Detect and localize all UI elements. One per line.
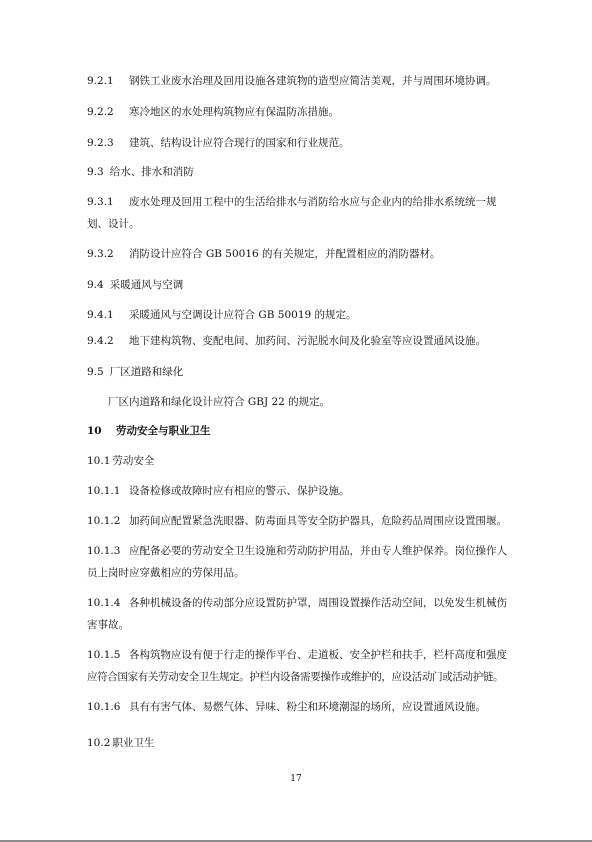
section-9-4-heading: 9.4采暖通风与空调 (87, 278, 183, 292)
section-9-5-heading: 9.5厂区道路和绿化 (87, 365, 183, 379)
section-number: 9.4 (87, 278, 104, 292)
clause-number: 10.1.3 (87, 544, 129, 558)
clause-10-1-4-continuation: 害事故。 (87, 618, 129, 632)
clause-text: 钢铁工业废水治理及回用设施各建筑物的造型应简洁美观，并与周围环境协调。 (129, 75, 497, 87)
clause-9-3-1: 9.3.1废水处理及回用工程中的生活给排水与消防给水应与企业内的给排水系统统一规 (87, 195, 497, 209)
clause-text: 采暖通风与空调设计应符合 GB 50019 的规定。 (129, 309, 357, 321)
section-number: 9.3 (87, 165, 104, 179)
clause-9-3-2: 9.3.2消防设计应符合 GB 50016 的有关规定，并配置相应的消防器材。 (87, 247, 441, 261)
section-title: 采暖通风与空调 (110, 279, 184, 291)
clause-10-1-1: 10.1.1设备检修或故障时应有相应的警示、保护设施。 (87, 484, 350, 498)
clause-number: 10.1.2 (87, 514, 129, 528)
section-title: 给水、排水和消防 (110, 166, 194, 178)
clause-number: 10.1.4 (87, 596, 129, 610)
clause-number: 10.1.1 (87, 484, 129, 498)
section-title: 职业卫生 (112, 737, 154, 749)
clause-number: 9.2.2 (87, 105, 129, 119)
clause-text: 各构筑物应设有便于行走的操作平台、走道板、安全护栏和扶手，栏杆高度和强度 (129, 649, 507, 661)
clause-10-1-5: 10.1.5各构筑物应设有便于行走的操作平台、走道板、安全护栏和扶手，栏杆高度和… (87, 648, 507, 662)
clause-10-1-4: 10.1.4各种机械设备的传动部分应设置防护罩，周围设置操作活动空间，以免发生机… (87, 596, 507, 610)
document-page: 9.2.1钢铁工业废水治理及回用设施各建筑物的造型应简洁美观，并与周围环境协调。… (0, 0, 592, 840)
clause-text: 寒冷地区的水处理构筑物应有保温防冻措施。 (129, 106, 339, 118)
clause-number: 9.3.2 (87, 247, 129, 261)
clause-text: 消防设计应符合 GB 50016 的有关规定，并配置相应的消防器材。 (129, 248, 441, 260)
section-number: 10.1 (87, 454, 110, 468)
clause-number: 10.1.6 (87, 700, 129, 714)
clause-number: 9.2.3 (87, 136, 129, 150)
clause-text: 各种机械设备的传动部分应设置防护罩，周围设置操作活动空间，以免发生机械伤 (129, 597, 507, 609)
clause-text: 建筑、结构设计应符合现行的国家和行业规范。 (129, 137, 350, 149)
section-number: 9.5 (87, 365, 104, 379)
clause-9-4-2: 9.4.2地下建构筑物、变配电间、加药间、污泥脱水间及化验室等应设置通风设施。 (87, 334, 486, 348)
clause-text: 废水处理及回用工程中的生活给排水与消防给水应与企业内的给排水系统统一规 (129, 196, 497, 208)
clause-number: 10.1.5 (87, 648, 129, 662)
clause-9-4-1: 9.4.1采暖通风与空调设计应符合 GB 50019 的规定。 (87, 308, 357, 322)
section-number: 10.2 (87, 736, 110, 750)
clause-text: 设备检修或故障时应有相应的警示、保护设施。 (129, 485, 350, 497)
clause-9-3-1-continuation: 划、设计。 (87, 217, 140, 231)
clause-number: 9.3.1 (87, 195, 129, 209)
clause-text: 地下建构筑物、变配电间、加药间、污泥脱水间及化验室等应设置通风设施。 (129, 335, 486, 347)
clause-9-2-3: 9.2.3建筑、结构设计应符合现行的国家和行业规范。 (87, 136, 350, 150)
clause-10-1-2: 10.1.2加药间应配置紧急洗眼器、防毒面具等安全防护器具，危险药品周围应设置围… (87, 514, 507, 528)
clause-9-2-1: 9.2.1钢铁工业废水治理及回用设施各建筑物的造型应简洁美观，并与周围环境协调。 (87, 74, 497, 88)
clause-number: 9.2.1 (87, 74, 129, 88)
chapter-10-heading: 10劳动安全与职业卫生 (87, 424, 211, 438)
page-number: 17 (0, 774, 592, 784)
chapter-title: 劳动安全与职业卫生 (116, 425, 211, 437)
section-9-3-heading: 9.3给水、排水和消防 (87, 165, 194, 179)
clause-10-1-5-continuation: 应符合国家有关劳动安全卫生规定。护栏内设备需要操作或维护的，应设活动门或活动护链… (87, 670, 503, 684)
clause-number: 9.4.2 (87, 334, 129, 348)
section-10-2-heading: 10.2职业卫生 (87, 736, 154, 750)
clause-text: 具有有害气体、易燃气体、异味、粉尘和环境潮湿的场所，应设置通风设施。 (129, 701, 486, 713)
clause-number: 9.4.1 (87, 308, 129, 322)
section-10-1-heading: 10.1劳动安全 (87, 454, 154, 468)
paragraph-roads-greening: 厂区内道路和绿化设计应符合 GBJ 22 的规定。 (108, 395, 330, 409)
clause-10-1-3: 10.1.3应配备必要的劳动安全卫生设施和劳动防护用品，并由专人维护保养。岗位操… (87, 544, 507, 558)
section-title: 劳动安全 (112, 455, 154, 467)
clause-10-1-3-continuation: 员上岗时应穿戴相应的劳保用品。 (87, 566, 245, 580)
chapter-number: 10 (87, 424, 116, 438)
section-title: 厂区道路和绿化 (110, 366, 184, 378)
clause-text: 应配备必要的劳动安全卫生设施和劳动防护用品，并由专人维护保养。岗位操作人 (129, 545, 507, 557)
clause-9-2-2: 9.2.2寒冷地区的水处理构筑物应有保温防冻措施。 (87, 105, 339, 119)
clause-10-1-6: 10.1.6具有有害气体、易燃气体、异味、粉尘和环境潮湿的场所，应设置通风设施。 (87, 700, 486, 714)
clause-text: 加药间应配置紧急洗眼器、防毒面具等安全防护器具，危险药品周围应设置围堰。 (129, 515, 507, 527)
